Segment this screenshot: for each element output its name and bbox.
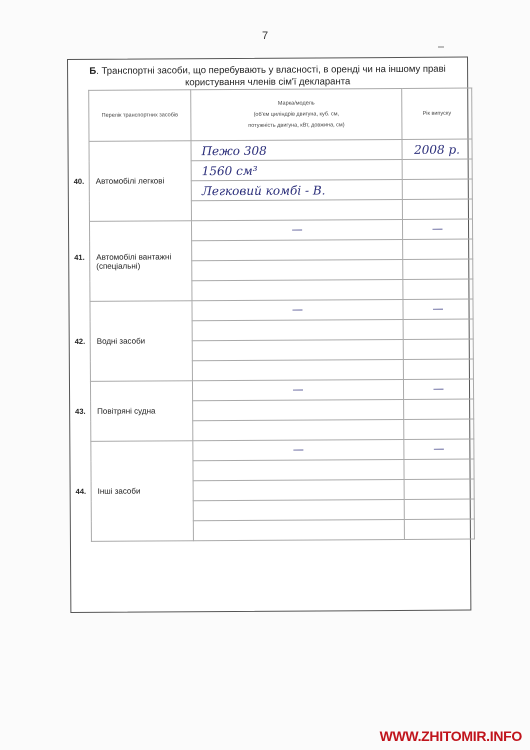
make-model-cell: — <box>193 439 404 460</box>
category-number: 40. <box>74 177 84 186</box>
make-model-cell <box>192 359 403 380</box>
year-cell <box>403 319 473 339</box>
category-label: Інші засоби <box>92 486 193 496</box>
make-model-cell: — <box>192 379 403 400</box>
vehicle-category-cell: 42.Водні засоби <box>90 301 192 382</box>
category-number: 42. <box>75 337 85 346</box>
year-cell <box>404 459 474 479</box>
header-make-model: Марка/модель (об'єм циліндрів двигуна, к… <box>191 88 402 140</box>
table-row: 42.Водні засоби—— <box>90 299 473 321</box>
vehicle-category-cell: 43.Повітряні судна <box>90 381 192 442</box>
section-title-line1: . Транспортні засоби, що перебувають у в… <box>96 64 446 77</box>
make-model-cell <box>193 399 404 420</box>
declaration-section-frame: Б. Транспортні засоби, що перебувають у … <box>67 57 471 613</box>
category-label: Автомобілі вантажні (спеціальні) <box>90 252 191 271</box>
category-number: 44. <box>76 487 86 496</box>
section-title: Б. Транспортні засоби, що перебувають у … <box>68 64 467 90</box>
make-model-cell <box>193 459 404 480</box>
year-cell <box>403 259 473 279</box>
year-cell: 2008 р. <box>402 139 472 159</box>
year-cell <box>403 339 473 359</box>
make-model-cell <box>192 279 403 300</box>
table-row: 43.Повітряні судна—— <box>90 379 473 401</box>
header-vehicle-list: Перелік транспортних засобів <box>89 90 191 142</box>
section-title-line2: користування членів сім'ї декларанта <box>185 76 350 88</box>
make-model-cell <box>191 199 402 220</box>
site-watermark: WWW.ZHITOMIR.INFO <box>380 728 522 744</box>
make-model-cell: — <box>191 219 402 240</box>
year-cell <box>404 419 474 439</box>
scan-mark <box>438 46 444 48</box>
category-label: Повітряні судна <box>91 406 192 416</box>
header-year: Рік випуску <box>402 88 472 139</box>
year-cell <box>404 479 474 499</box>
year-cell <box>402 159 472 179</box>
make-model-cell <box>193 499 404 520</box>
make-model-cell <box>193 479 404 500</box>
year-cell <box>403 239 473 259</box>
table-row: 41.Автомобілі вантажні (спеціальні)—— <box>89 219 472 241</box>
make-model-cell: Пежо 308 <box>191 139 402 160</box>
year-cell <box>402 179 472 199</box>
year-cell <box>403 359 473 379</box>
vehicle-category-cell: 40.Автомобілі легкові <box>89 141 191 222</box>
year-cell <box>404 499 474 519</box>
make-model-cell: Легковий комбі - В. <box>191 179 402 200</box>
make-model-cell <box>192 319 403 340</box>
make-model-cell <box>192 259 403 280</box>
year-cell: — <box>403 379 473 399</box>
year-cell <box>404 399 474 419</box>
year-cell <box>404 519 474 539</box>
table-row: 40.Автомобілі легковіПежо 3082008 р. <box>89 139 472 161</box>
make-model-cell <box>192 339 403 360</box>
category-label: Автомобілі легкові <box>90 176 191 186</box>
category-number: 41. <box>74 252 84 261</box>
category-label: Водні засоби <box>91 336 192 346</box>
vehicle-category-cell: 41.Автомобілі вантажні (спеціальні) <box>89 221 191 302</box>
vehicles-table: Перелік транспортних засобів Марка/модел… <box>88 88 475 542</box>
make-model-cell: — <box>192 299 403 320</box>
page-number: 7 <box>0 30 530 42</box>
vehicles-table-body: 40.Автомобілі легковіПежо 3082008 р.1560… <box>89 139 474 541</box>
year-cell <box>403 279 473 299</box>
make-model-cell <box>193 519 404 540</box>
year-cell: — <box>404 439 474 459</box>
year-cell: — <box>402 219 472 239</box>
table-row: 44.Інші засоби—— <box>91 439 474 461</box>
vehicle-category-cell: 44.Інші засоби <box>91 441 194 542</box>
make-model-cell <box>193 419 404 440</box>
year-cell <box>402 199 472 219</box>
make-model-cell: 1560 см³ <box>191 159 402 180</box>
year-cell: — <box>403 299 473 319</box>
category-number: 43. <box>75 407 85 416</box>
make-model-cell <box>192 239 403 260</box>
